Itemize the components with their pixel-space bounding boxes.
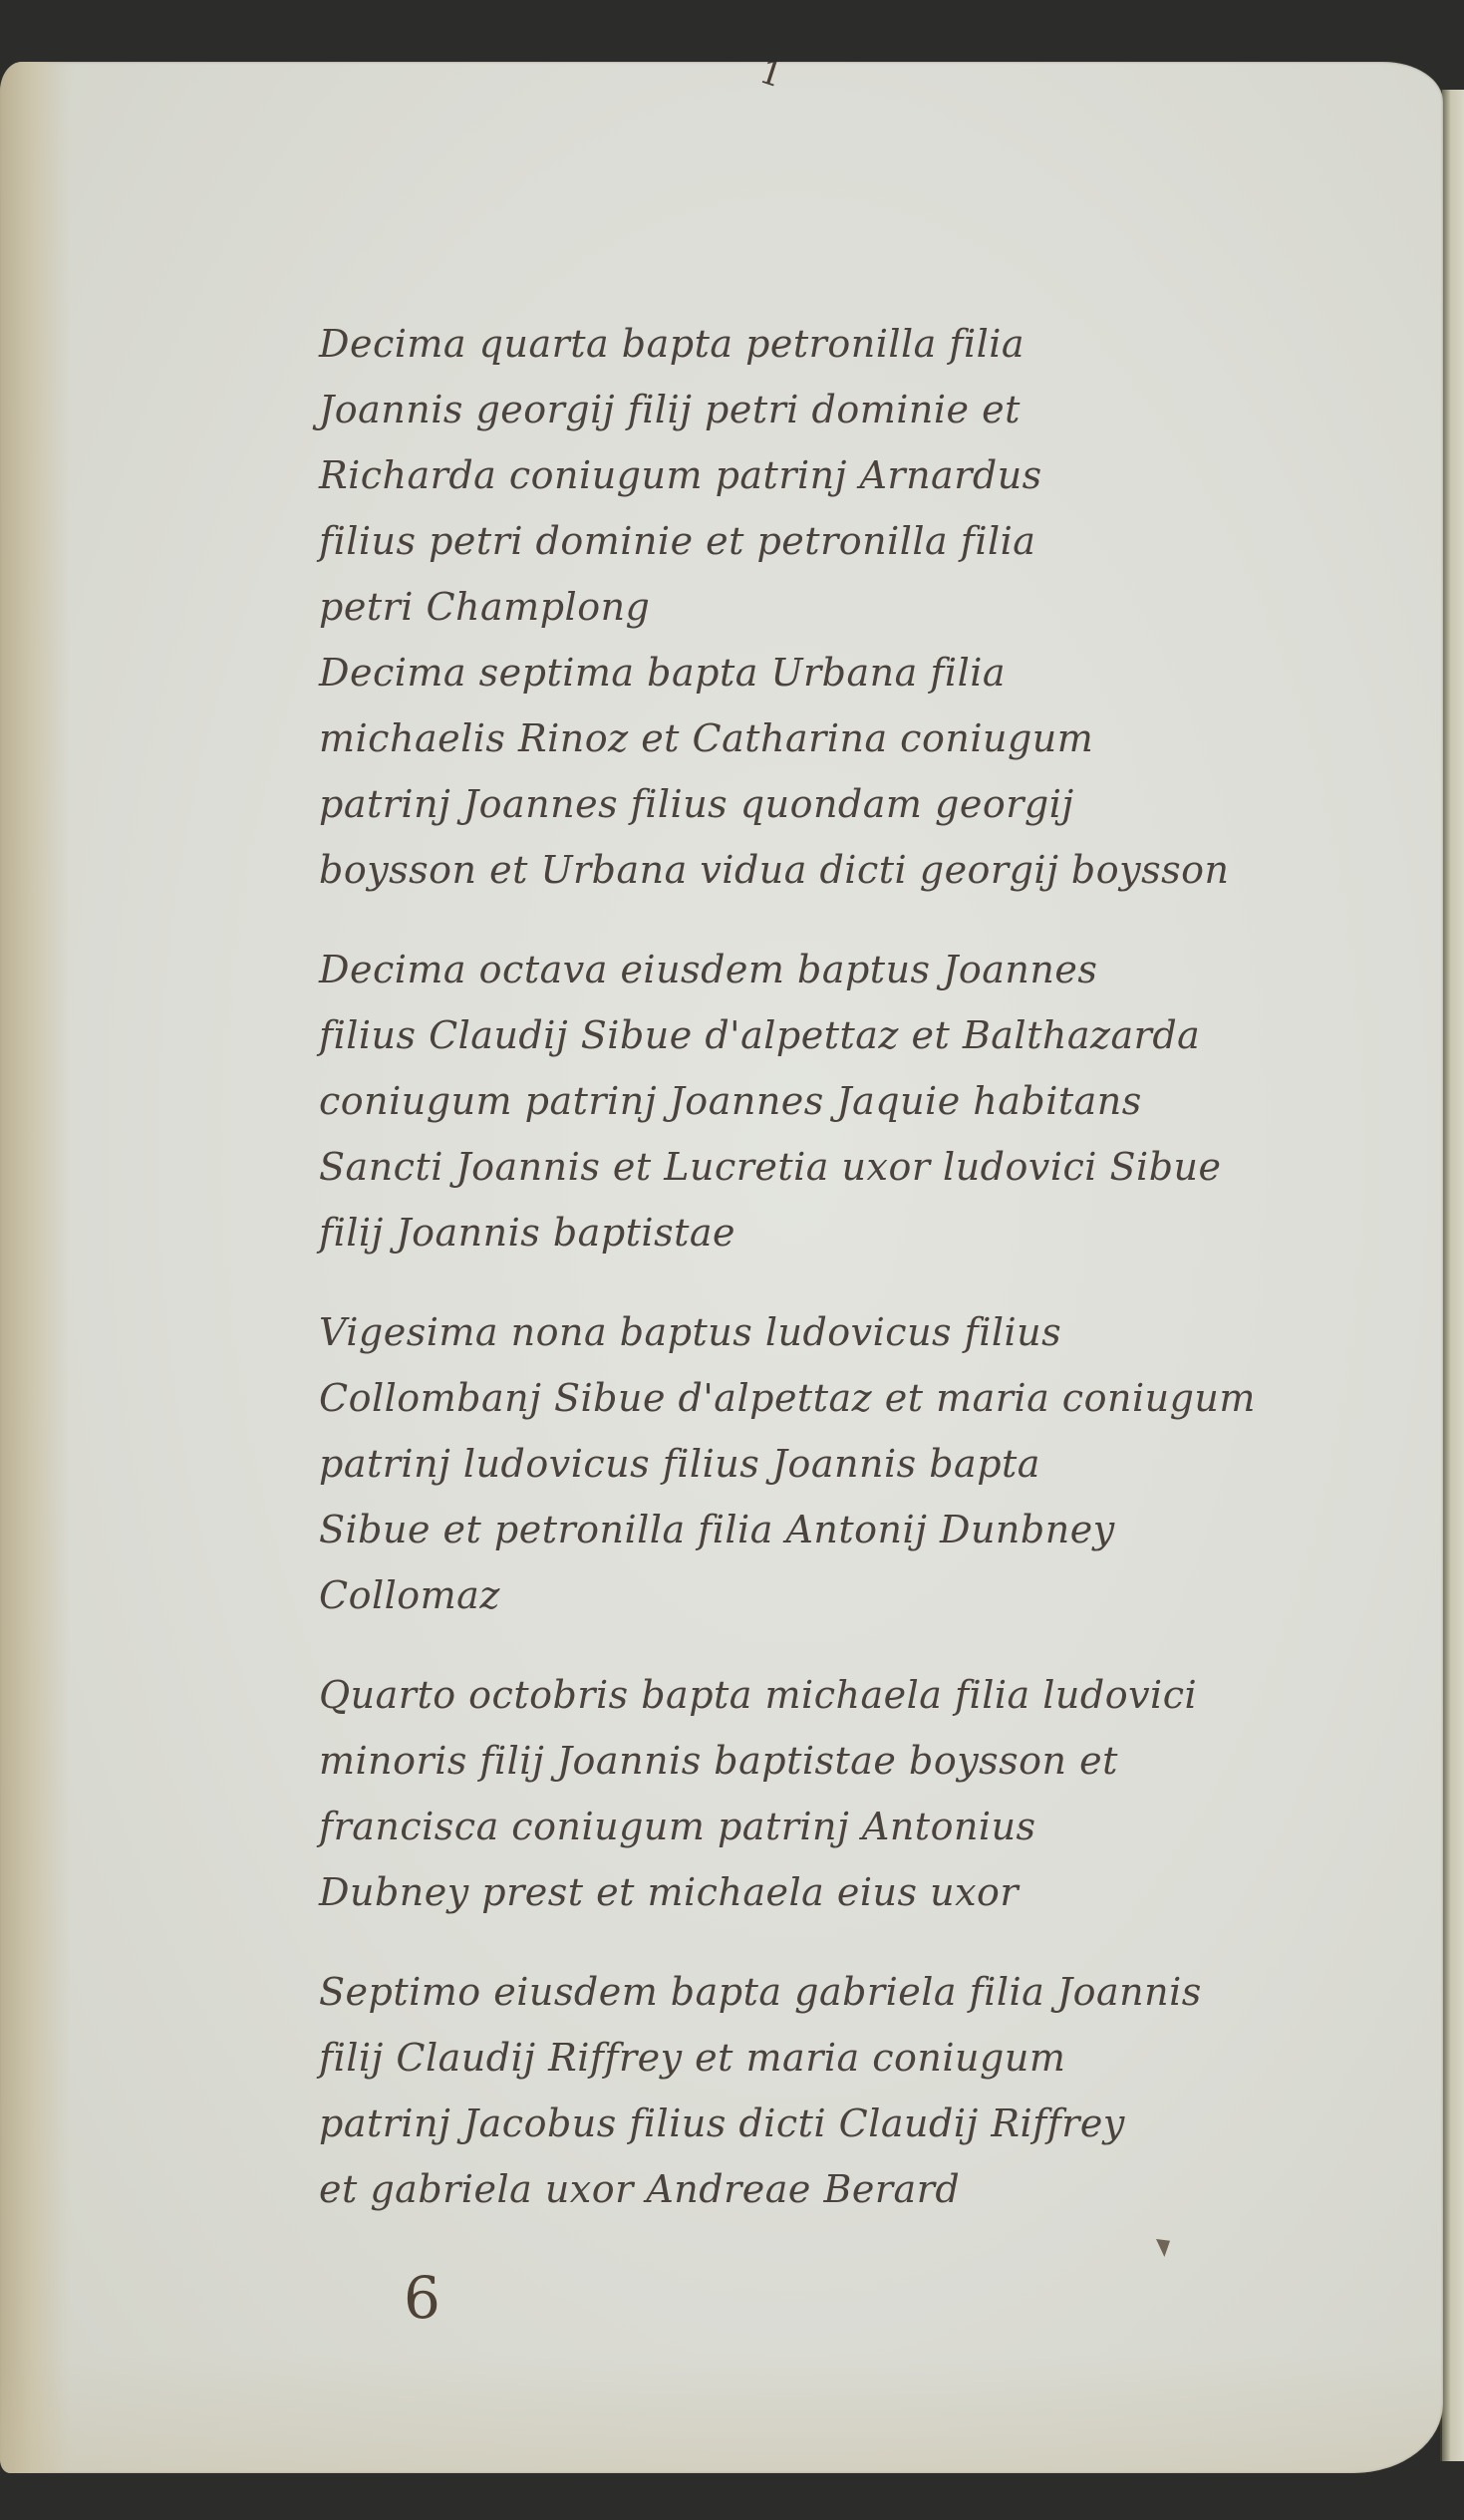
entry-line: Joannis georgij filij petri dominie et [319,377,1415,442]
entry-line: Decima septima bapta Urbana filia [319,640,1415,705]
entry-line: patrinj Joannes filius quondam georgij [319,771,1415,837]
entry-line: francisca coniugum patrinj Antonius [319,1794,1415,1859]
entry-line: filius petri dominie et petronilla filia [319,508,1415,574]
entry-line: Vigesima nona baptus ludovicus filius [319,1299,1415,1365]
entry-line: Richarda coniugum patrinj Arnardus [319,442,1415,508]
entry-line: coniugum patrinj Joannes Jaquie habitans [319,1068,1415,1134]
baptism-entry-5: Quarto octobris bapta michaela filia lud… [319,1662,1415,1925]
next-page-edge [1440,90,1464,2461]
baptism-entry-6: Septimo eiusdem bapta gabriela filia Joa… [319,1959,1415,2222]
entry-line: filij Claudij Riffrey et maria coniugum [319,2025,1415,2091]
manuscript-page: 1 Decima quarta bapta petronilla filia J… [0,62,1443,2473]
entry-line: petri Champlong [319,574,1415,640]
entry-line: minoris filij Joannis baptistae boysson … [319,1728,1415,1794]
baptism-entry-4: Vigesima nona baptus ludovicus filius Co… [319,1299,1415,1628]
entry-line: Decima octava eiusdem baptus Joannes [319,937,1415,1002]
entry-line: patrinj ludovicus filius Joannis bapta [319,1431,1415,1497]
entry-line: et gabriela uxor Andreae Berard [319,2156,1415,2222]
entry-line: Septimo eiusdem bapta gabriela filia Joa… [319,1959,1415,2025]
entry-line: patrinj Jacobus filius dicti Claudij Rif… [319,2091,1415,2156]
entry-line: filius Claudij Sibue d'alpettaz et Balth… [319,1002,1415,1068]
entry-line: Sancti Joannis et Lucretia uxor ludovici… [319,1134,1415,1200]
entry-line: Sibue et petronilla filia Antonij Dunbne… [319,1497,1415,1562]
entry-line: Collombanj Sibue d'alpettaz et maria con… [319,1365,1415,1431]
entry-line: Decima quarta bapta petronilla filia [319,311,1415,377]
folio-mark: 1 [754,62,787,96]
entry-line: boysson et Urbana vidua dicti georgij bo… [319,837,1415,903]
baptism-entry-2: Decima septima bapta Urbana filia michae… [319,640,1415,903]
entry-line: Collomaz [319,1562,1415,1628]
scanned-manuscript: 1 Decima quarta bapta petronilla filia J… [0,0,1464,2520]
baptism-entries: Decima quarta bapta petronilla filia Joa… [319,311,1415,2256]
entry-line: Dubney prest et michaela eius uxor [319,1859,1415,1925]
entry-line: filij Joannis baptistae [319,1200,1415,1265]
baptism-entry-3: Decima octava eiusdem baptus Joannes fil… [319,937,1415,1265]
page-numeral: 6 [404,2264,440,2332]
entry-line: michaelis Rinoz et Catharina coniugum [319,705,1415,771]
baptism-entry-1: Decima quarta bapta petronilla filia Joa… [319,311,1415,640]
entry-line: Quarto octobris bapta michaela filia lud… [319,1662,1415,1728]
